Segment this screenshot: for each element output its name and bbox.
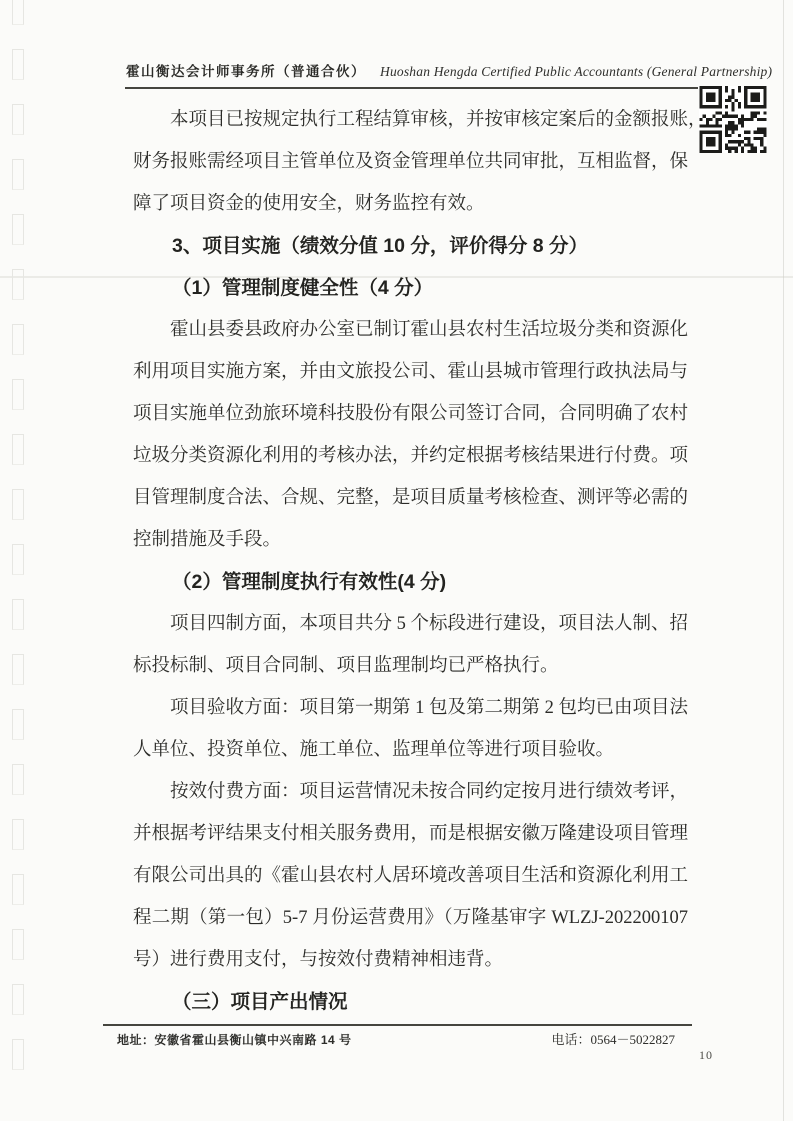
text-line: 利用项目实施方案，并由文旅投公司、霍山县城市管理行政执法局与 [133,351,688,393]
text-line: 项目四制方面，本项目共分 5 个标段进行建设，项目法人制、招 [133,603,688,645]
text-line: 标投标制、项目合同制、项目监理制均已严格执行。 [133,645,688,687]
binding-hole [12,709,24,740]
binding-hole [12,324,24,355]
binding-hole [12,214,24,245]
page-footer: 地址：安徽省霍山县衡山镇中兴南路 14 号 电话：0564－5022827 [117,1029,690,1048]
heading-line: （三）项目产出情况 [133,981,688,1023]
text-line: 并根据考评结果支付相关服务费用，而是根据安徽万隆建设项目管理 [133,813,688,855]
binding-hole [12,489,24,520]
binding-hole [12,984,24,1015]
text-line: 有限公司出具的《霍山县农村人居环境改善项目生活和资源化利用工 [133,855,688,897]
text-line: 号）进行费用支付，与按效付费精神相违背。 [133,939,688,981]
page-number: 10 [699,1048,713,1063]
heading-line: 3、项目实施（绩效分值 10 分，评价得分 8 分） [133,225,688,267]
heading-line: （2）管理制度执行有效性(4 分) [133,561,688,603]
text-line: 本项目已按规定执行工程结算审核，并按审核定案后的金额报账， [133,99,688,141]
binding-hole [12,159,24,190]
binding-hole [12,874,24,905]
qr-code-icon [699,86,767,153]
text-line: 财务报账需经项目主管单位及资金管理单位共同审批，互相监督，保 [133,141,688,183]
footer-address: 地址：安徽省霍山县衡山镇中兴南路 14 号 [117,1031,352,1048]
text-line: 项目验收方面：项目第一期第 1 包及第二期第 2 包均已由项目法 [133,687,688,729]
binding-hole [12,49,24,80]
binding-hole [12,544,24,575]
header-org-name-en: Huoshan Hengda Certified Public Accounta… [380,64,772,80]
binding-hole [12,104,24,135]
text-line: 障了项目资金的使用安全，财务监控有效。 [133,183,688,225]
binding-hole [12,269,24,300]
header-rule [125,87,698,89]
binding-hole [12,0,24,25]
header-org-name-cn: 霍山衡达会计师事务所（普通合伙） [126,60,366,80]
document-page: { "header": { "org_cn": "霍山衡达会计师事务所（普通合伙… [0,0,793,1121]
binding-hole [12,599,24,630]
binding-hole [12,654,24,685]
text-line: 霍山县委县政府办公室已制订霍山县农村生活垃圾分类和资源化 [133,309,688,351]
heading-line: （1）管理制度健全性（4 分） [133,267,688,309]
footer-rule [103,1024,692,1026]
document-body: 本项目已按规定执行工程结算审核，并按审核定案后的金额报账，财务报账需经项目主管单… [133,99,688,1023]
page-header: 霍山衡达会计师事务所（普通合伙） Huoshan Hengda Certifie… [126,60,698,80]
binding-hole [12,434,24,465]
text-line: 程二期（第一包）5-7 月份运营费用》（万隆基审字 WLZJ-202200107 [133,897,688,939]
binding-hole [12,819,24,850]
text-line: 垃圾分类资源化利用的考核办法，并约定根据考核结果进行付费。项 [133,435,688,477]
text-line: 按效付费方面：项目运营情况未按合同约定按月进行绩效考评， [133,771,688,813]
text-line: 控制措施及手段。 [133,519,688,561]
text-line: 人单位、投资单位、施工单位、监理单位等进行项目验收。 [133,729,688,771]
binding-hole [12,1039,24,1070]
binding-marks [12,0,26,1121]
binding-hole [12,764,24,795]
binding-hole [12,929,24,960]
footer-phone: 电话：0564－5022827 [551,1029,690,1048]
text-line: 项目实施单位劲旅环境科技股份有限公司签订合同，合同明确了农村 [133,393,688,435]
paper-right-edge [783,0,784,1121]
text-line: 目管理制度合法、合规、完整，是项目质量考核检查、测评等必需的 [133,477,688,519]
binding-hole [12,379,24,410]
